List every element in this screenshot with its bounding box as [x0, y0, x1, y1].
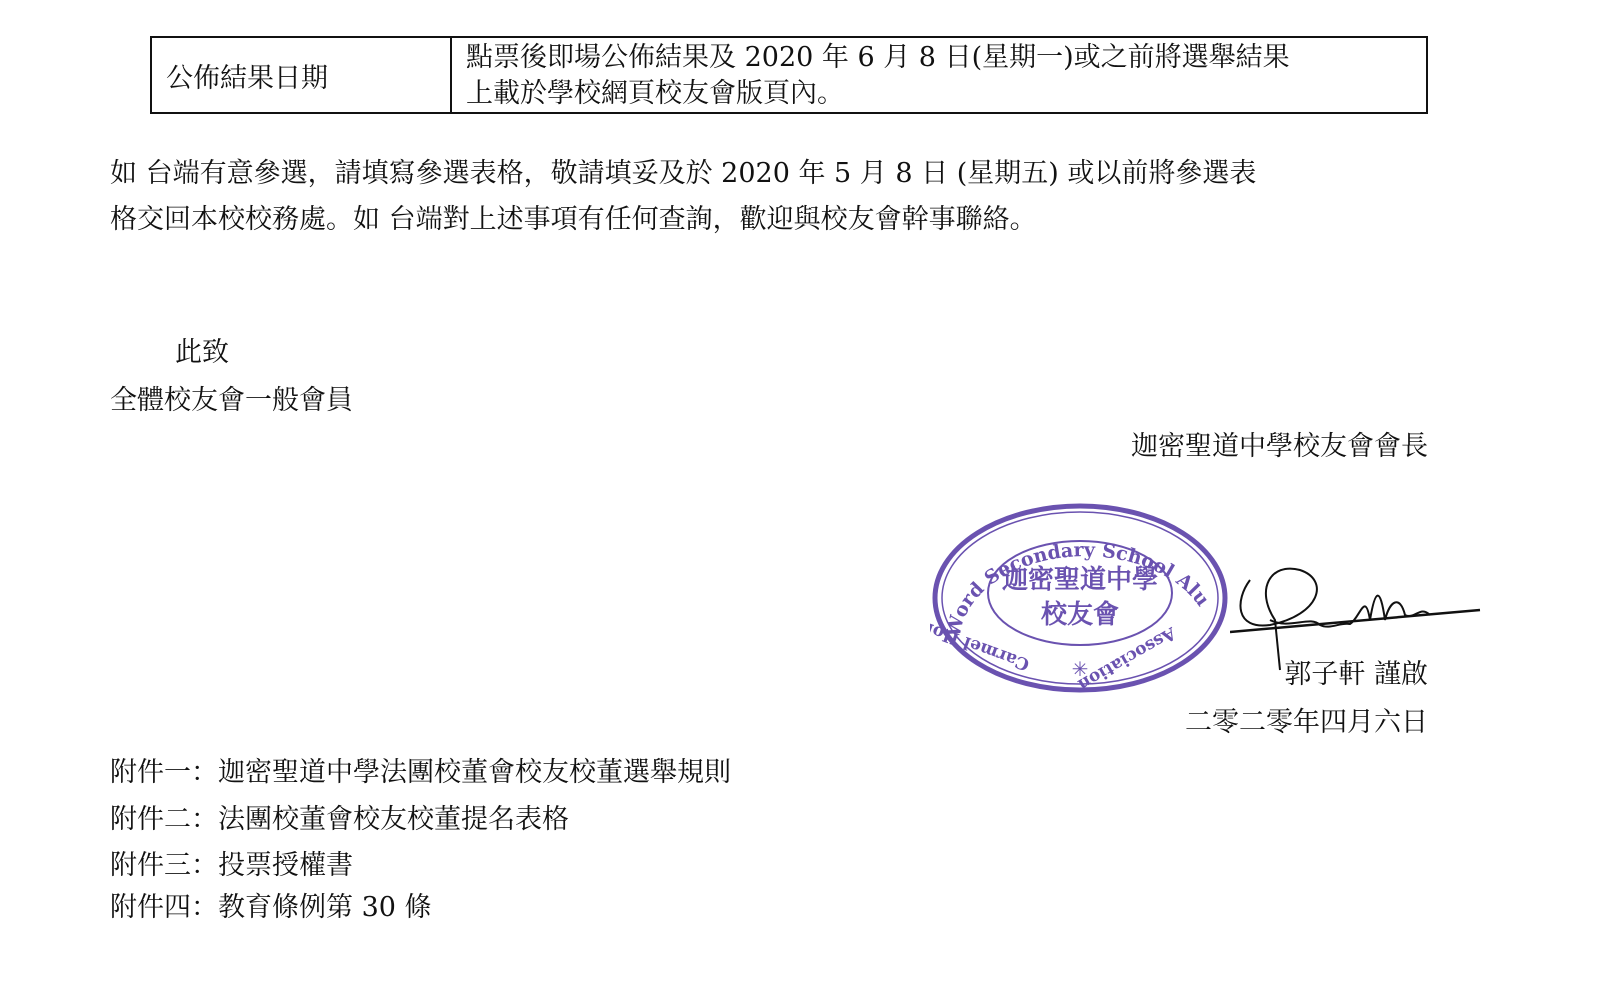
results-date-value: 點票後即場公佈結果及 2020 年 6 月 8 日(星期一)或之前將選舉結果 上… — [452, 38, 1426, 112]
alumni-association-stamp: Word Secondary School Alumni 迦密聖道中學 校友會 … — [930, 498, 1230, 698]
svg-text:校友會: 校友會 — [1041, 599, 1119, 630]
svg-text:迦密聖道中學: 迦密聖道中學 — [1002, 564, 1158, 595]
letter-date: 二零二零年四月六日 — [1185, 700, 1428, 739]
results-date-table: 公佈結果日期 點票後即場公佈結果及 2020 年 6 月 8 日(星期一)或之前… — [150, 36, 1428, 114]
closing-salutation: 此致 — [175, 330, 229, 369]
recipient-line: 全體校友會一般會員 — [110, 378, 353, 417]
signatory-title: 迦密聖道中學校友會會長 — [1131, 424, 1428, 463]
body-paragraph-line2: 格交回本校校務處。如 台端對上述事項有任何查詢，歡迎與校友會幹事聯絡。 — [110, 196, 1037, 244]
attachment-item: 附件二：法團校董會校友校董提名表格 — [110, 797, 569, 836]
attachment-item: 附件一：迦密聖道中學法團校董會校友校董選舉規則 — [110, 750, 731, 789]
results-date-value-line1: 點票後即場公佈結果及 2020 年 6 月 8 日(星期一)或之前將選舉結果 — [466, 40, 1426, 76]
attachment-item: 附件四：教育條例第 30 條 — [110, 885, 432, 924]
results-date-value-line2: 上載於學校網頁校友會版頁內。 — [466, 76, 1426, 112]
results-date-label: 公佈結果日期 — [152, 38, 452, 112]
body-paragraph-line1: 如 台端有意參選，請填寫參選表格，敬請填妥及於 2020 年 5 月 8 日 (… — [110, 150, 1256, 198]
attachment-item: 附件三：投票授權書 — [110, 843, 353, 882]
signatory-name: 郭子軒 謹啟 — [1284, 652, 1428, 691]
